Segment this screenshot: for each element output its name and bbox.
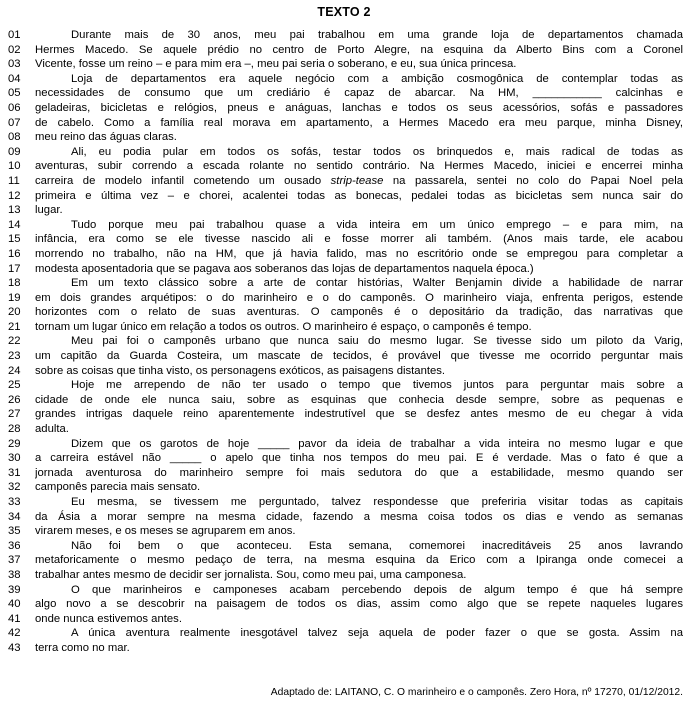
line-text: A única aventura realmente inesgotável t… xyxy=(35,626,683,641)
line-text: sobre as coisas que tinha visto, os pers… xyxy=(35,364,683,379)
text-line: 35virarem meses, e os meses se agruparem… xyxy=(8,524,683,539)
line-text: aventuras, subir correndo a escada rolan… xyxy=(35,159,683,174)
line-number: 06 xyxy=(8,101,35,116)
text-line: 20horizontes com o relato de suas aventu… xyxy=(8,305,683,320)
line-text: Tudo porque meu pai trabalhou quase a vi… xyxy=(35,218,683,233)
line-number: 29 xyxy=(8,437,35,452)
text-line: 19em dois grandes arquétipos: o do marin… xyxy=(8,291,683,306)
line-number: 22 xyxy=(8,334,35,349)
line-text: um capitão da Guarda Costeira, um mascat… xyxy=(35,349,683,364)
line-number: 31 xyxy=(8,466,35,481)
line-text: onde nunca estivemos antes. xyxy=(35,612,683,627)
line-text: Não foi bem o que aconteceu. Esta semana… xyxy=(35,539,683,554)
line-text: meu reino das águas claras. xyxy=(35,130,683,145)
line-number: 18 xyxy=(8,276,35,291)
line-text: Durante mais de 30 anos, meu pai trabalh… xyxy=(35,28,683,43)
text-line: 21tornam um lugar único em relação a tod… xyxy=(8,320,683,335)
line-text: Em um texto clássico sobre a arte de con… xyxy=(35,276,683,291)
line-text: trabalhar antes mesmo de decidir ser jor… xyxy=(35,568,683,583)
line-text: necessidades de consumo que um crediário… xyxy=(35,86,683,101)
line-number: 37 xyxy=(8,553,35,568)
line-text: carreira de modelo infantil cometendo um… xyxy=(35,174,683,189)
text-line: 25Hoje me arrependo de não ter usado o t… xyxy=(8,378,683,393)
line-text: modesta aposentadoria que se pagava aos … xyxy=(35,262,683,277)
line-number: 41 xyxy=(8,612,35,627)
line-number: 26 xyxy=(8,393,35,408)
line-text: virarem meses, e os meses se agruparem e… xyxy=(35,524,683,539)
line-text: tornam um lugar único em relação a todos… xyxy=(35,320,683,335)
line-number: 21 xyxy=(8,320,35,335)
line-text: algo novo a se descobrir na paisagem de … xyxy=(35,597,683,612)
line-number: 33 xyxy=(8,495,35,510)
text-line: 26cidade de onde ele nunca saiu, sobre a… xyxy=(8,393,683,408)
line-number: 11 xyxy=(8,174,35,189)
line-number: 07 xyxy=(8,116,35,131)
text-line: 27grandes intrigas daquele reino aparent… xyxy=(8,407,683,422)
text-line: 23um capitão da Guarda Costeira, um masc… xyxy=(8,349,683,364)
line-text: horizontes com o relato de suas aventura… xyxy=(35,305,683,320)
line-number: 08 xyxy=(8,130,35,145)
line-number: 43 xyxy=(8,641,35,656)
line-text: lugar. xyxy=(35,203,683,218)
line-text: Meu pai foi o camponês urbano que nunca … xyxy=(35,334,683,349)
text-line: 18Em um texto clássico sobre a arte de c… xyxy=(8,276,683,291)
line-text: O que marinheiros e camponeses acabam pe… xyxy=(35,583,683,598)
line-number: 17 xyxy=(8,262,35,277)
text-line: 01Durante mais de 30 anos, meu pai traba… xyxy=(8,28,683,43)
text-line: 33Eu mesma, se tivessem me perguntado, t… xyxy=(8,495,683,510)
line-number: 10 xyxy=(8,159,35,174)
text-line: 37metaforicamente o mesmo pedaço de terr… xyxy=(8,553,683,568)
source-citation: Adaptado de: LAITANO, C. O marinheiro e … xyxy=(271,687,683,698)
line-number: 40 xyxy=(8,597,35,612)
text-line: 29Dizem que os garotos de hoje _____ pav… xyxy=(8,437,683,452)
text-line: 05necessidades de consumo que um crediár… xyxy=(8,86,683,101)
line-text: cidade de onde ele nunca saiu, sobre as … xyxy=(35,393,683,408)
text-line: 34da Ásia a morar sempre na mesma cidade… xyxy=(8,510,683,525)
line-number: 32 xyxy=(8,480,35,495)
line-number: 27 xyxy=(8,407,35,422)
line-text: Loja de departamentos era aquele negócio… xyxy=(35,72,683,87)
line-text: infância, era como se ele tivesse nascid… xyxy=(35,232,683,247)
text-line: 02Hermes Macedo. Se aquele prédio no cen… xyxy=(8,43,683,58)
text-line: 30a carreira estável não _____ o apelo q… xyxy=(8,451,683,466)
line-number: 28 xyxy=(8,422,35,437)
text-line: 22Meu pai foi o camponês urbano que nunc… xyxy=(8,334,683,349)
line-text: primeira e última vez – e chorei, acalen… xyxy=(35,189,683,204)
text-line: 42A única aventura realmente inesgotável… xyxy=(8,626,683,641)
line-text: metaforicamente o mesmo pedaço de terra,… xyxy=(35,553,683,568)
line-number: 42 xyxy=(8,626,35,641)
text-line: 06geladeiras, bicicletas e relógios, pne… xyxy=(8,101,683,116)
line-text: em dois grandes arquétipos: o do marinhe… xyxy=(35,291,683,306)
line-text: geladeiras, bicicletas e relógios, pneus… xyxy=(35,101,683,116)
line-text: morrendo no trabalho, não na HM, que já … xyxy=(35,247,683,262)
text-line: 10aventuras, subir correndo a escada rol… xyxy=(8,159,683,174)
line-text: Vicente, fosse um reino – e para mim era… xyxy=(35,57,683,72)
line-number: 15 xyxy=(8,232,35,247)
text-line: 43terra como no mar. xyxy=(8,641,683,656)
text-line: 12primeira e última vez – e chorei, acal… xyxy=(8,189,683,204)
text-line: 39O que marinheiros e camponeses acabam … xyxy=(8,583,683,598)
line-text: terra como no mar. xyxy=(35,641,683,656)
line-number: 19 xyxy=(8,291,35,306)
line-number: 12 xyxy=(8,189,35,204)
line-number: 36 xyxy=(8,539,35,554)
line-number: 35 xyxy=(8,524,35,539)
line-number: 23 xyxy=(8,349,35,364)
line-text: Hoje me arrependo de não ter usado o tem… xyxy=(35,378,683,393)
line-number: 16 xyxy=(8,247,35,262)
line-number: 09 xyxy=(8,145,35,160)
text-line: 07de cabelo. Como a família real morava … xyxy=(8,116,683,131)
line-text: Eu mesma, se tivessem me perguntado, tal… xyxy=(35,495,683,510)
line-text: da Ásia a morar sempre na mesma cidade, … xyxy=(35,510,683,525)
line-number: 38 xyxy=(8,568,35,583)
line-text: Ali, eu podia pular em todos os sofás, t… xyxy=(35,145,683,160)
text-line: 41onde nunca estivemos antes. xyxy=(8,612,683,627)
text-body: 01Durante mais de 30 anos, meu pai traba… xyxy=(0,28,688,656)
document-title: TEXTO 2 xyxy=(0,0,688,19)
line-number: 14 xyxy=(8,218,35,233)
line-text: a carreira estável não _____ o apelo que… xyxy=(35,451,683,466)
text-line: 16morrendo no trabalho, não na HM, que j… xyxy=(8,247,683,262)
text-line: 15infância, era como se ele tivesse nasc… xyxy=(8,232,683,247)
text-line: 28adulta. xyxy=(8,422,683,437)
text-line: 11carreira de modelo infantil cometendo … xyxy=(8,174,683,189)
text-line: 32camponês parecia mais sensato. xyxy=(8,480,683,495)
line-text: jornada aventurosa do marinheiro sempre … xyxy=(35,466,683,481)
line-number: 34 xyxy=(8,510,35,525)
text-line: 31jornada aventurosa do marinheiro sempr… xyxy=(8,466,683,481)
line-number: 13 xyxy=(8,203,35,218)
line-text: camponês parecia mais sensato. xyxy=(35,480,683,495)
text-line: 09Ali, eu podia pular em todos os sofás,… xyxy=(8,145,683,160)
line-number: 30 xyxy=(8,451,35,466)
text-line: 17modesta aposentadoria que se pagava ao… xyxy=(8,262,683,277)
text-line: 03Vicente, fosse um reino – e para mim e… xyxy=(8,57,683,72)
line-text: de cabelo. Como a família real morava em… xyxy=(35,116,683,131)
line-number: 05 xyxy=(8,86,35,101)
line-text: Dizem que os garotos de hoje _____ pavor… xyxy=(35,437,683,452)
line-number: 03 xyxy=(8,57,35,72)
text-line: 24sobre as coisas que tinha visto, os pe… xyxy=(8,364,683,379)
line-text: adulta. xyxy=(35,422,683,437)
text-line: 40algo novo a se descobrir na paisagem d… xyxy=(8,597,683,612)
line-number: 24 xyxy=(8,364,35,379)
line-text: grandes intrigas daquele reino aparentem… xyxy=(35,407,683,422)
text-line: 13lugar. xyxy=(8,203,683,218)
text-line: 04Loja de departamentos era aquele negóc… xyxy=(8,72,683,87)
line-number: 39 xyxy=(8,583,35,598)
text-line: 36Não foi bem o que aconteceu. Esta sema… xyxy=(8,539,683,554)
text-line: 14Tudo porque meu pai trabalhou quase a … xyxy=(8,218,683,233)
line-number: 25 xyxy=(8,378,35,393)
line-number: 01 xyxy=(8,28,35,43)
line-text: Hermes Macedo. Se aquele prédio no centr… xyxy=(35,43,683,58)
text-line: 08meu reino das águas claras. xyxy=(8,130,683,145)
document-page: TEXTO 2 01Durante mais de 30 anos, meu p… xyxy=(0,0,688,706)
text-line: 38trabalhar antes mesmo de decidir ser j… xyxy=(8,568,683,583)
line-number: 20 xyxy=(8,305,35,320)
line-number: 04 xyxy=(8,72,35,87)
line-number: 02 xyxy=(8,43,35,58)
